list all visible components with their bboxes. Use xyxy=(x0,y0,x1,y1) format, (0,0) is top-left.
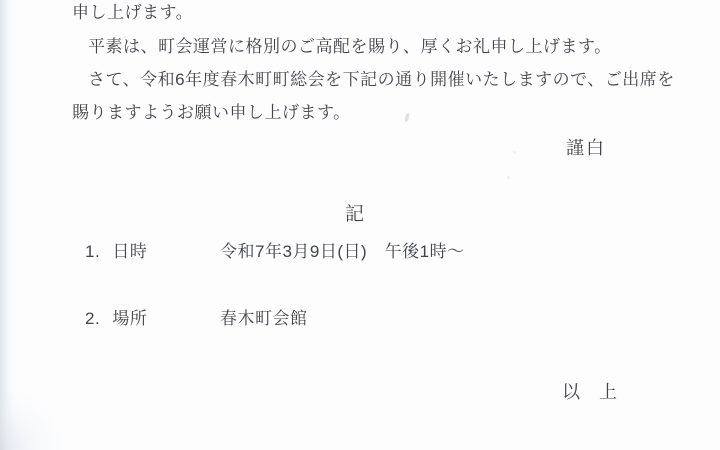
body-line-greeting: 平素は、町会運営に格別のご高配を賜り、厚くお礼申し上げます。 xyxy=(88,36,612,58)
scanned-document-page: 申し上げます。 平素は、町会運営に格別のご高配を賜り、厚くお礼申し上げます。 さ… xyxy=(0,0,720,450)
body-line-request: 賜りますようお願い申し上げます。 xyxy=(72,102,351,124)
end-marker: 以 上 xyxy=(562,381,618,403)
item-value-place: 春木町会館 xyxy=(220,308,308,330)
item-value-datetime: 令和7年3月9日(日) 午後1時～ xyxy=(220,241,465,263)
scan-artifact xyxy=(404,113,410,123)
meeting-datetime-row: 1. 日時 令和7年3月9日(日) 午後1時～ xyxy=(85,241,645,263)
scan-speck xyxy=(507,176,510,179)
item-number: 2. xyxy=(85,308,100,330)
body-line-continuation: 申し上げます。 xyxy=(72,2,193,24)
meeting-place-row: 2. 場所 春木町会館 xyxy=(85,308,645,330)
item-label-place: 場所 xyxy=(112,309,147,328)
scan-speck xyxy=(513,151,516,154)
closing-salutation: 謹白 xyxy=(566,137,606,159)
scan-corner-shading xyxy=(0,390,60,450)
item-label-datetime: 日時 xyxy=(112,242,147,261)
scan-edge-shading xyxy=(0,0,20,450)
body-line-announcement: さて、令和6年度春木町町総会を下記の通り開催いたしますので、ご出席を xyxy=(88,69,675,91)
item-number: 1. xyxy=(85,241,100,263)
record-heading: 記 xyxy=(345,204,365,226)
